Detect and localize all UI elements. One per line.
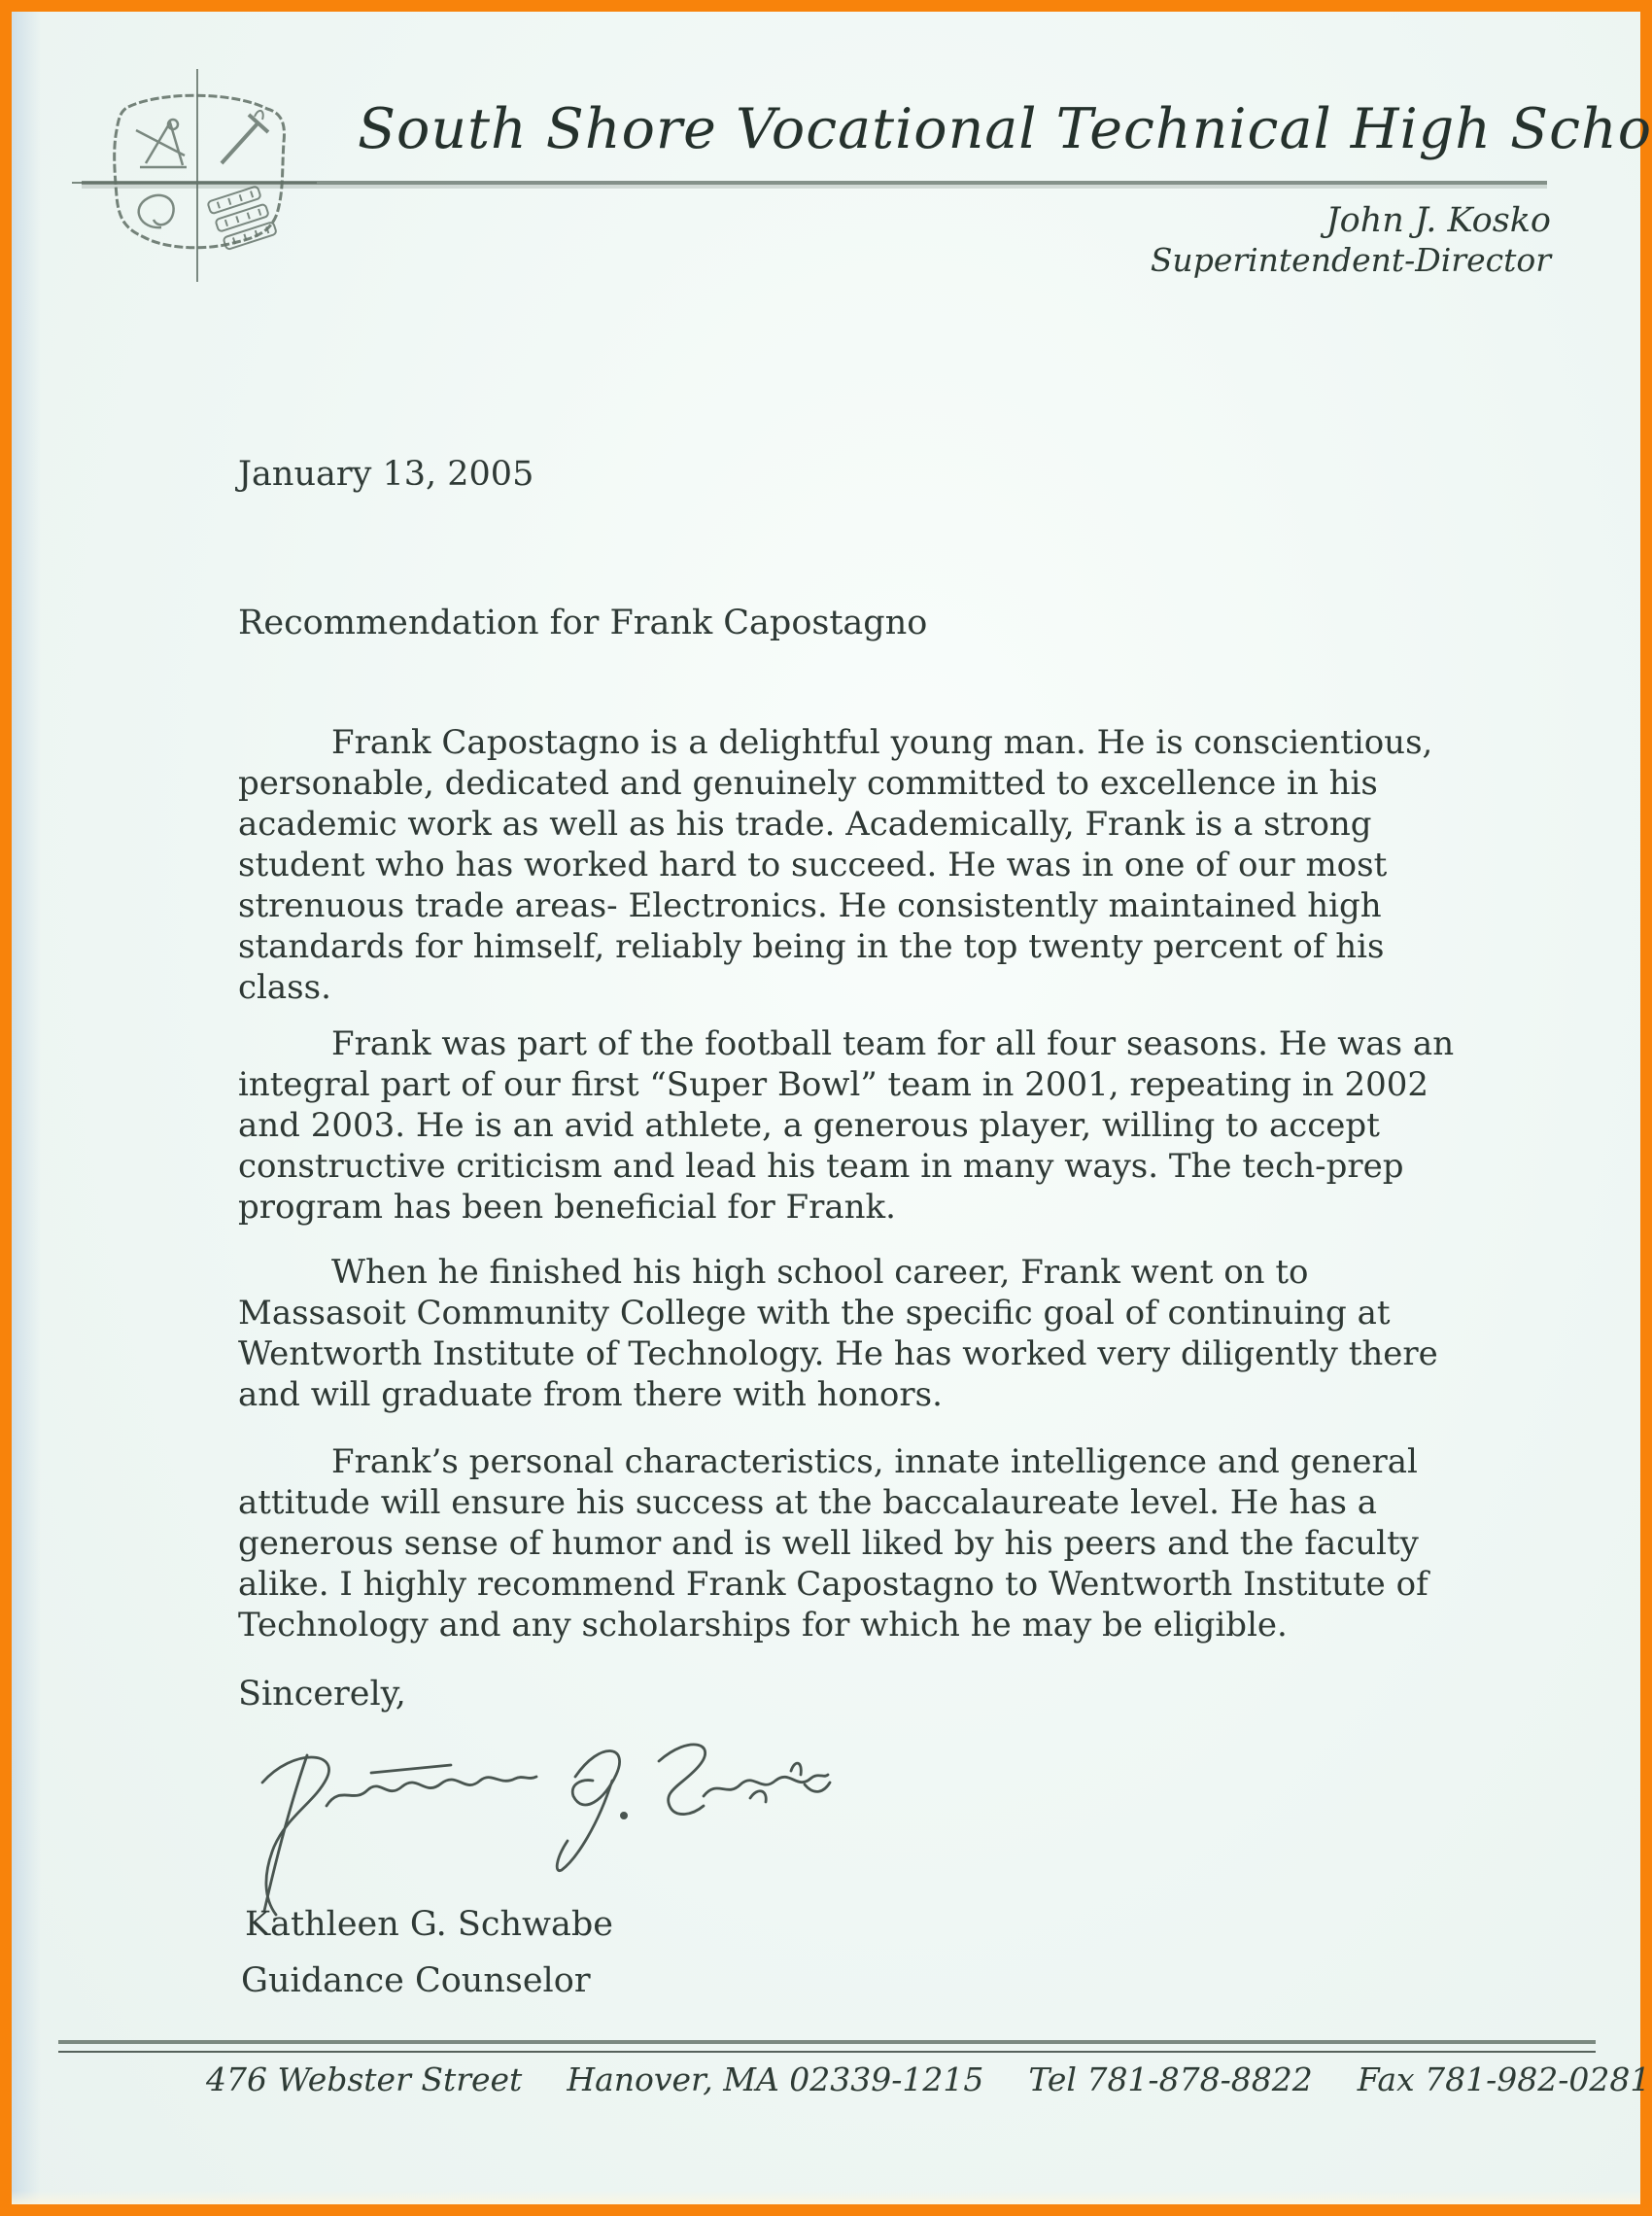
footer-contact: 476 Webster Street Hanover, MA 02339-121… bbox=[206, 2060, 1650, 2098]
signature-title: Guidance Counselor bbox=[241, 1961, 591, 2000]
scanned-letter: South Shore Vocational Technical High Sc… bbox=[0, 0, 1652, 2216]
footer-fax: Fax 781-982-0281 bbox=[1358, 2060, 1651, 2098]
footer-rule-thick bbox=[58, 2040, 1596, 2044]
handwritten-signature-icon bbox=[225, 1722, 847, 1922]
header-rule bbox=[82, 181, 1547, 185]
paragraph-3: When he finished his high school career,… bbox=[238, 1252, 1550, 1415]
footer-tel: Tel 781-878-8822 bbox=[1028, 2060, 1312, 2098]
school-crest-seal-icon bbox=[68, 66, 321, 285]
school-name: South Shore Vocational Technical High Sc… bbox=[358, 97, 1582, 161]
superintendent-title: Superintendent-Director bbox=[1151, 241, 1551, 280]
footer-address: 476 Webster Street bbox=[206, 2060, 522, 2098]
paragraph-2: Frank was part of the football team for … bbox=[238, 1023, 1550, 1228]
letter-date: January 13, 2005 bbox=[238, 455, 533, 494]
footer-rule-thin bbox=[58, 2051, 1596, 2053]
signature-name: Kathleen G. Schwabe bbox=[245, 1905, 613, 1944]
letter-subject: Recommendation for Frank Capostagno bbox=[238, 604, 927, 642]
footer-city: Hanover, MA 02339-1215 bbox=[567, 2060, 983, 2098]
superintendent-name: John J. Kosko bbox=[1151, 200, 1551, 241]
superintendent-block: John J. Kosko Superintendent-Director bbox=[1151, 200, 1551, 280]
paragraph-1: Frank Capostagno is a delightful young m… bbox=[238, 722, 1550, 1008]
paragraph-4: Frank’s personal characteristics, innate… bbox=[238, 1441, 1550, 1645]
letter-content: South Shore Vocational Technical High Sc… bbox=[0, 0, 1652, 2216]
closing: Sincerely, bbox=[238, 1675, 406, 1714]
